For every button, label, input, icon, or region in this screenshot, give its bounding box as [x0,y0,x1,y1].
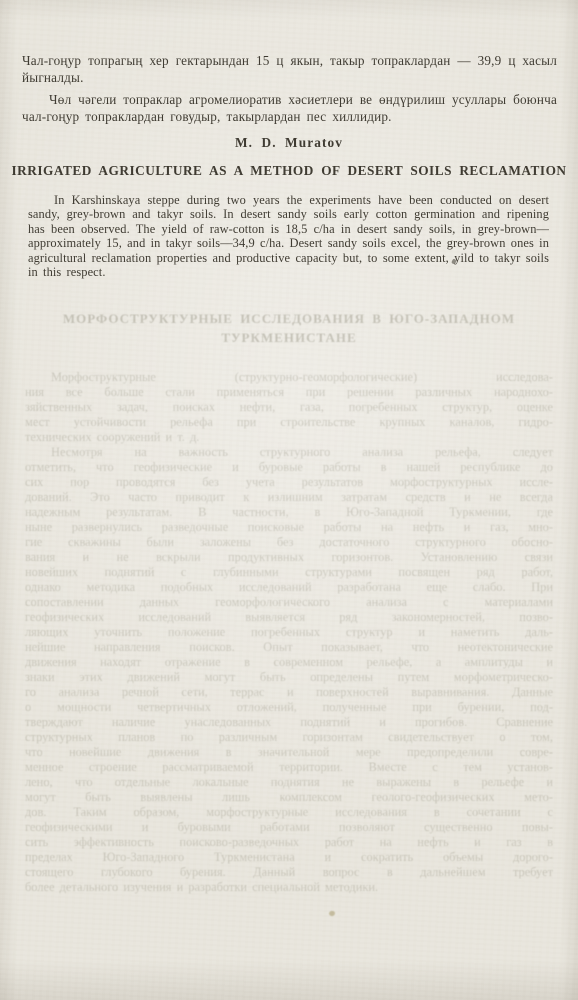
author-name: M. D. Muratov [0,135,578,151]
ghost-text-line: Морфоструктурные (структурно-геоморфолог… [25,370,553,385]
ghost-text-line: технических сооружений и т. д. [25,430,553,445]
ghost-text-line: надежным результатам. В частности, в Юго… [25,505,553,520]
ghost-heading-line: МОРФОСТРУКТУРНЫЕ ИССЛЕДОВАНИЯ В ЮГО-ЗАПА… [10,309,568,328]
ghost-text-line: о мощности четвертичных отложений, получ… [25,700,553,715]
turkmen-summary: Чал-гоңур топрагың хер гектарындан 15 ц … [22,52,557,125]
ghost-heading-line: ТУРКМЕНИСТАНЕ [10,328,568,347]
ghost-text-line: геофизическими и буровыми работами позво… [25,820,553,835]
turkmen-paragraph: Чал-гоңур топрагың хер гектарындан 15 ц … [22,52,557,86]
ghost-text-line: нейшие направления поисков. Опыт показыв… [25,640,553,655]
ghost-text-line: ляющих уточнить положение погребенных ст… [25,625,553,640]
ghost-text-line: зяйственных задач, поисках нефти, газа, … [25,400,553,415]
ghost-text-line: пределах Юго-Западного Туркменистана и с… [25,850,553,865]
ghost-text-line: вания и не вскрыли продуктивных горизонт… [25,550,553,565]
ghost-text-line: гие скважины были заложены без достаточн… [25,535,553,550]
ghost-text-line: го анализа речной сети, террас и поверхн… [25,685,553,700]
ghost-text-line: новейших поднятий с глубинными структура… [25,565,553,580]
ghost-text-line: более детального изучения и разработки с… [25,880,553,895]
ghost-text-line: лено, что отдельные локальные поднятия н… [25,775,553,790]
ghost-text-line: Несмотря на важность структурного анализ… [25,445,553,460]
paper-title: IRRIGATED AGRICULTURE AS A METHOD OF DES… [10,163,568,179]
ghost-text-line: однако методика подобных исследований ра… [25,580,553,595]
ghost-text-line: отметить, что геофизические и буровые ра… [25,460,553,475]
ghost-text-line: сить эффективность поисково-разведочных … [25,835,553,850]
english-abstract: In Karshinskaya steppe during two years … [28,193,549,279]
ghost-text-line: ния все больше стали применяться при реш… [25,385,553,400]
ghost-text-line: дов. Таким образом, морфоструктурные исс… [25,805,553,820]
ghost-text-line: дований. Это часто приводит к излишним з… [25,490,553,505]
turkmen-paragraph: Чөл чәгели топраклар агромелиоратив хәси… [22,91,557,125]
ghost-text-line: менное строение рассматриваемой территор… [25,760,553,775]
ghost-text-line: что новейшие движения в значительной мер… [25,745,553,760]
ghost-text-line: ныне развернулись разведочные поисковые … [25,520,553,535]
ghost-text-line: движения находят отражение в современном… [25,655,553,670]
ghost-text-line: геофизических исследований выявляется ря… [25,610,553,625]
ghost-text-line: мест устойчивости рельефа при строительс… [25,415,553,430]
ghost-showthrough-text: Морфоструктурные (структурно-геоморфолог… [25,370,553,895]
ghost-text-line: структурных планов по различным горизонт… [25,730,553,745]
ghost-text-line: стоящего глубокого бурения. Данный вопро… [25,865,553,880]
ghost-text-line: сих пор проводятся без учета результатов… [25,475,553,490]
ghost-text-line: могут быть выявлены лишь комплексом геол… [25,790,553,805]
ghost-text-line: тверждают наличие унаследованных подняти… [25,715,553,730]
paper-stain [329,911,335,916]
scanned-page: Чал-гоңур топрагың хер гектарындан 15 ц … [0,0,578,1000]
ghost-text-line: знаки этих движений могут быть определен… [25,670,553,685]
ghost-text-line: сопоставлении данных геоморфологического… [25,595,553,610]
ghost-showthrough-heading: МОРФОСТРУКТУРНЫЕ ИССЛЕДОВАНИЯ В ЮГО-ЗАПА… [10,309,568,347]
